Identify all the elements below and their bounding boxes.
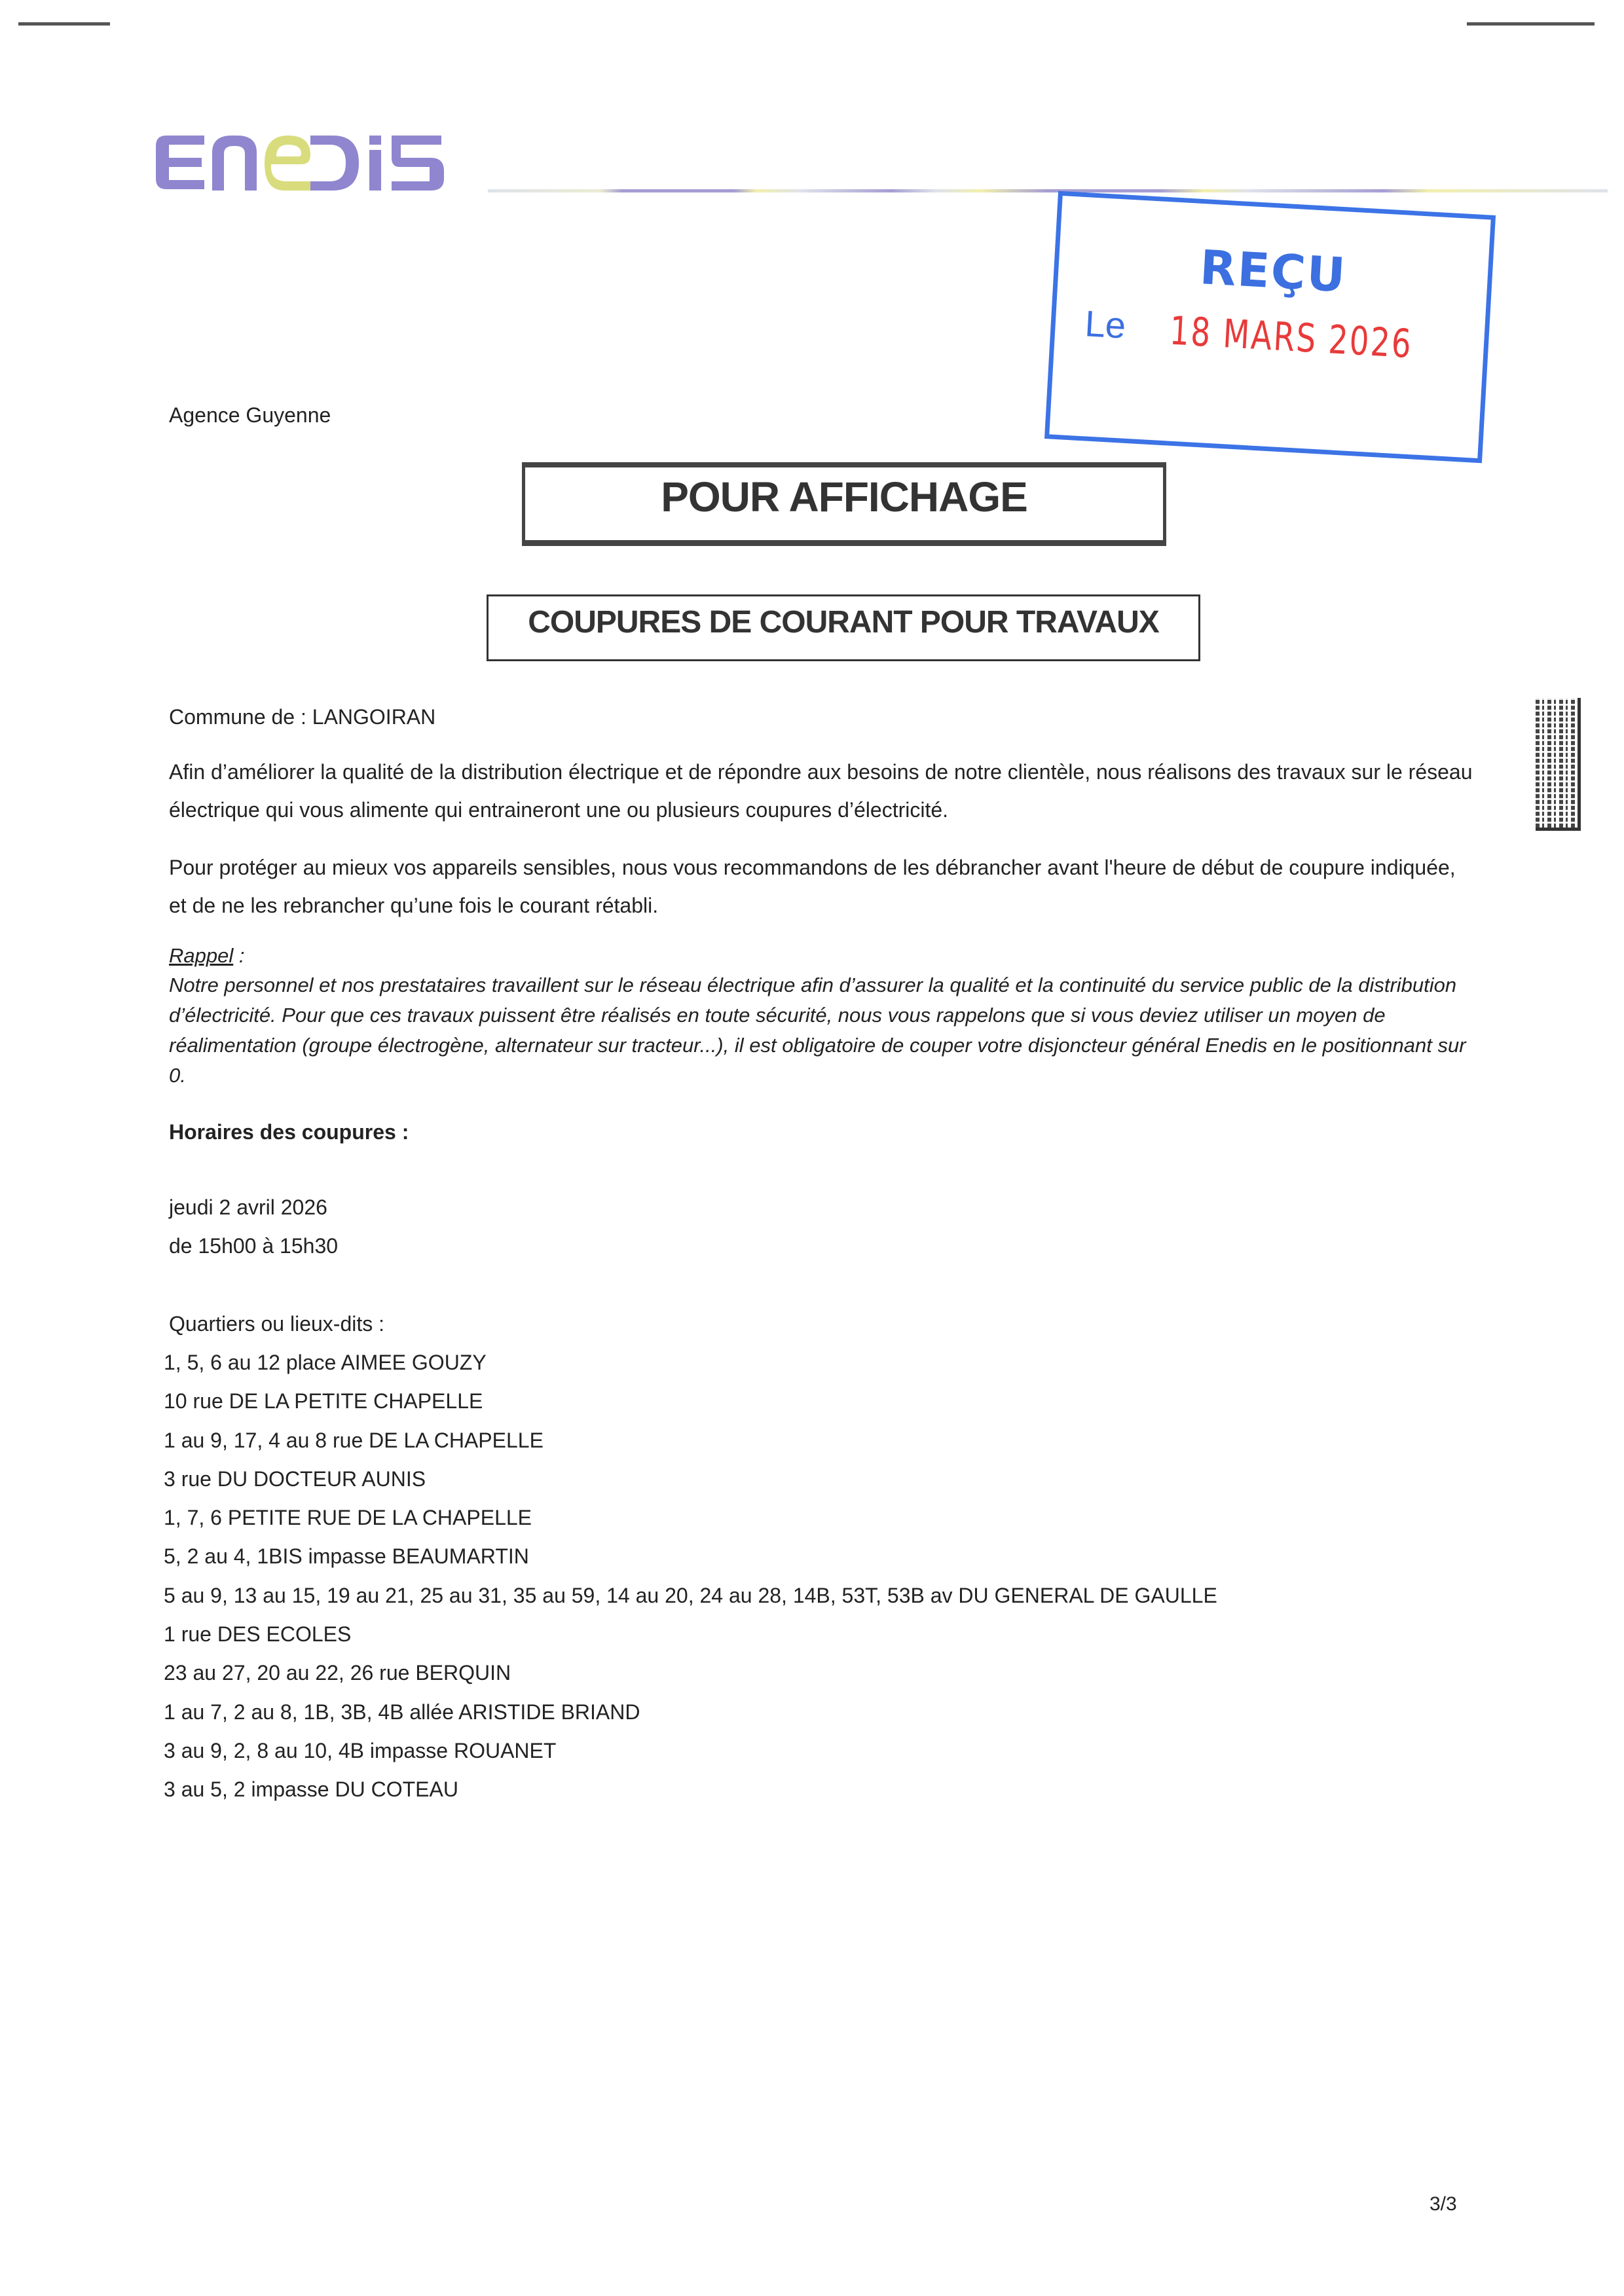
page-number: 3/3 xyxy=(1430,2193,1457,2215)
list-item: 5 au 9, 13 au 15, 19 au 21, 25 au 31, 35… xyxy=(164,1576,1217,1615)
locations-heading: Quartiers ou lieux-dits : xyxy=(169,1305,384,1343)
locations-list: 1, 5, 6 au 12 place AIMEE GOUZY 10 rue D… xyxy=(164,1343,1217,1810)
stamp-title: REÇU xyxy=(1058,232,1489,310)
scan-corner-mark-right xyxy=(1467,22,1595,26)
intro-paragraph: Afin d’améliorer la qualité de la distri… xyxy=(169,753,1479,829)
list-item: 1 rue DES ECOLES xyxy=(164,1615,1217,1654)
enedis-logo xyxy=(156,134,457,200)
received-stamp: REÇU Le 18 MARS 2026 xyxy=(1044,191,1496,464)
list-item: 1 au 9, 17, 4 au 8 rue DE LA CHAPELLE xyxy=(164,1421,1217,1460)
list-item: 1 au 7, 2 au 8, 1B, 3B, 4B allée ARISTID… xyxy=(164,1693,1217,1732)
list-item: 3 au 5, 2 impasse DU COTEAU xyxy=(164,1770,1217,1809)
list-item: 10 rue DE LA PETITE CHAPELLE xyxy=(164,1382,1217,1421)
outage-time: de 15h00 à 15h30 xyxy=(169,1227,338,1265)
list-item: 3 au 9, 2, 8 au 10, 4B impasse ROUANET xyxy=(164,1732,1217,1770)
scan-corner-mark-left xyxy=(18,22,110,26)
stamp-date: 18 MARS 2026 xyxy=(1168,308,1413,368)
list-item: 3 rue DU DOCTEUR AUNIS xyxy=(164,1460,1217,1499)
advice-paragraph: Pour protéger au mieux vos appareils sen… xyxy=(169,848,1479,924)
commune: Commune de : LANGOIRAN xyxy=(169,698,435,736)
sub-title: COUPURES DE COURANT POUR TRAVAUX xyxy=(528,604,1159,640)
list-item: 1, 5, 6 au 12 place AIMEE GOUZY xyxy=(164,1343,1217,1382)
display-notice-box: POUR AFFICHAGE xyxy=(522,462,1166,546)
header-rule xyxy=(488,189,1608,192)
subtitle-box: COUPURES DE COURANT POUR TRAVAUX xyxy=(487,594,1200,661)
main-title: POUR AFFICHAGE xyxy=(661,473,1027,521)
list-item: 1, 7, 6 PETITE RUE DE LA CHAPELLE xyxy=(164,1499,1217,1537)
schedule-heading: Horaires des coupures : xyxy=(169,1113,409,1151)
stamp-prefix: Le xyxy=(1084,302,1127,346)
outage-date: jeudi 2 avril 2026 xyxy=(169,1188,327,1226)
agency-name: Agence Guyenne xyxy=(169,396,331,434)
rappel-text: Notre personnel et nos prestataires trav… xyxy=(169,970,1479,1091)
datamatrix-code-icon xyxy=(1536,698,1581,831)
list-item: 5, 2 au 4, 1BIS impasse BEAUMARTIN xyxy=(164,1537,1217,1576)
rappel-heading: Rappel : xyxy=(169,941,244,970)
list-item: 23 au 27, 20 au 22, 26 rue BERQUIN xyxy=(164,1654,1217,1692)
